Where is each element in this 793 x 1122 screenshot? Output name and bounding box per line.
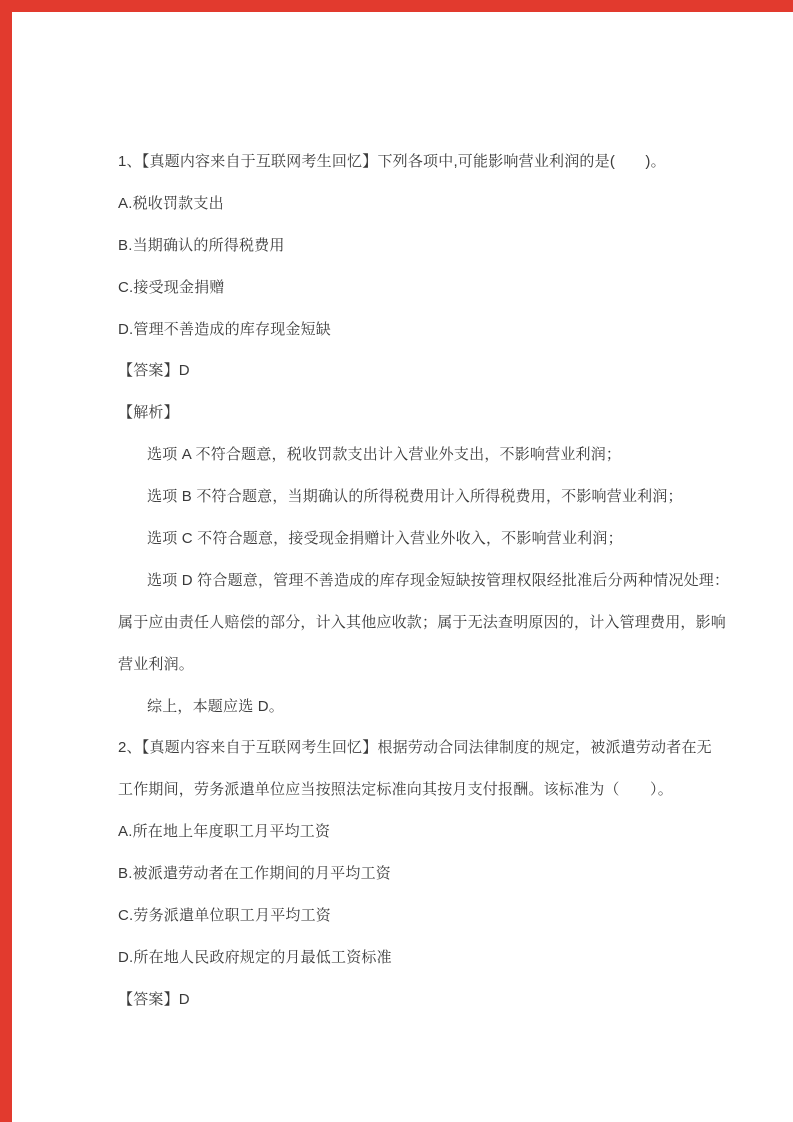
question-1-analysis-option-b: 选项 B 不符合题意，当期确认的所得税费用计入所得税费用，不影响营业利润；	[118, 476, 682, 518]
question-1-option-b: B.当期确认的所得税费用	[118, 225, 682, 267]
question-2-option-a: A.所在地上年度职工月平均工资	[118, 811, 682, 853]
question-2-stem-line-1: 2、【真题内容来自于互联网考生回忆】根据劳动合同法律制度的规定，被派遣劳动者在无	[118, 727, 682, 769]
question-2-answer: 【答案】D	[118, 979, 682, 1021]
question-1-option-d: D.管理不善造成的库存现金短缺	[118, 309, 682, 351]
question-1-stem: 1、【真题内容来自于互联网考生回忆】下列各项中,可能影响营业利润的是( )。	[118, 141, 682, 183]
question-1-option-a: A.税收罚款支出	[118, 183, 682, 225]
page-left-accent-bar	[0, 0, 12, 1122]
question-1-analysis-option-a: 选项 A 不符合题意，税收罚款支出计入营业外支出，不影响营业利润；	[118, 434, 682, 476]
question-1-analysis-continuation-2: 营业利润。	[118, 644, 682, 686]
question-1-analysis-conclusion: 综上，本题应选 D。	[118, 686, 682, 728]
question-1-analysis-option-d: 选项 D 符合题意，管理不善造成的库存现金短缺按管理权限经批准后分两种情况处理：	[118, 560, 682, 602]
question-2-option-c: C.劳务派遣单位职工月平均工资	[118, 895, 682, 937]
question-1-analysis-option-c: 选项 C 不符合题意，接受现金捐赠计入营业外收入，不影响营业利润；	[118, 518, 682, 560]
page-top-accent-bar	[0, 0, 793, 12]
question-1-answer: 【答案】D	[118, 350, 682, 392]
question-2-option-d: D.所在地人民政府规定的月最低工资标准	[118, 937, 682, 979]
question-1-analysis-continuation: 属于应由责任人赔偿的部分，计入其他应收款；属于无法查明原因的，计入管理费用，影响	[118, 602, 682, 644]
document-content: 1、【真题内容来自于互联网考生回忆】下列各项中,可能影响营业利润的是( )。 A…	[118, 141, 682, 1021]
question-2-option-b: B.被派遣劳动者在工作期间的月平均工资	[118, 853, 682, 895]
question-1-option-c: C.接受现金捐赠	[118, 267, 682, 309]
question-2-stem-line-2: 工作期间，劳务派遣单位应当按照法定标准向其按月支付报酬。该标准为（ ）。	[118, 769, 682, 811]
document-page: 1、【真题内容来自于互联网考生回忆】下列各项中,可能影响营业利润的是( )。 A…	[0, 0, 793, 1122]
question-1-analysis-heading: 【解析】	[118, 392, 682, 434]
